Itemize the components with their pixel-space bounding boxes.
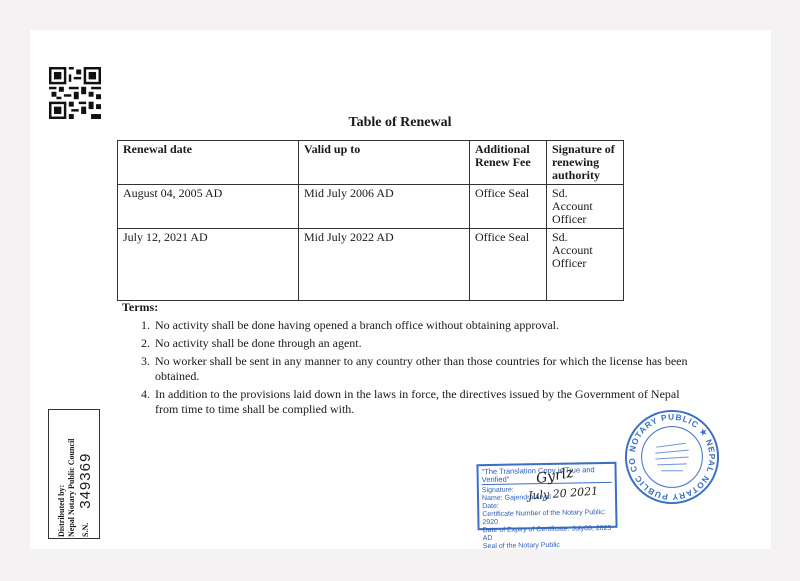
- sig-line-1: Sd.: [552, 230, 568, 244]
- table-row: August 04, 2005 AD Mid July 2006 AD Offi…: [118, 185, 624, 229]
- table-row: July 12, 2021 AD Mid July 2022 AD Office…: [118, 229, 624, 301]
- qr-code-icon: [49, 67, 101, 119]
- header-valid-up-to: Valid up to: [299, 141, 470, 185]
- cell-signature: Sd.Account Officer: [547, 185, 624, 229]
- renewal-table: Renewal date Valid up to Additional Rene…: [117, 140, 624, 301]
- cell-fee: Office Seal: [470, 229, 547, 301]
- cell-renewal-date: August 04, 2005 AD: [118, 185, 299, 229]
- terms-list: No activity shall be done having opened …: [135, 315, 698, 417]
- term-item: No activity shall be done having opened …: [153, 318, 698, 333]
- stamp-seal-label: Seal of the Notary Public: [483, 541, 613, 551]
- terms-heading: Terms:: [122, 300, 158, 315]
- sig-line-2: Account Officer: [552, 199, 593, 226]
- distributed-by-label: Distributed by:: [57, 411, 67, 537]
- term-item: No activity shall be done through an age…: [153, 336, 698, 351]
- header-signature: Signature of renewing authority: [547, 141, 624, 185]
- header-renewal-date: Renewal date: [118, 141, 299, 185]
- distribution-box: Distributed by: Nepal Notary Public Coun…: [48, 409, 100, 539]
- sig-line-2: Account Officer: [552, 243, 593, 270]
- notary-seal-icon: NOTARY PUBLIC ★ NEPAL NOTARY PUBLIC COUN…: [623, 408, 721, 506]
- council-name: Nepal Notary Public Council: [67, 411, 77, 537]
- sn-value: 349369: [81, 453, 91, 509]
- document-title: Table of Renewal: [0, 115, 800, 131]
- cell-fee: Office Seal: [470, 185, 547, 229]
- cell-signature: Sd.Account Officer: [547, 229, 624, 301]
- header-additional-fee: Additional Renew Fee: [470, 141, 547, 185]
- term-item: In addition to the provisions laid down …: [153, 387, 698, 417]
- cell-valid-up-to: Mid July 2022 AD: [299, 229, 470, 301]
- cell-renewal-date: July 12, 2021 AD: [118, 229, 299, 301]
- table-header-row: Renewal date Valid up to Additional Rene…: [118, 141, 624, 185]
- sn-label: S.N.: [81, 523, 91, 537]
- sig-line-1: Sd.: [552, 186, 568, 200]
- cell-valid-up-to: Mid July 2006 AD: [299, 185, 470, 229]
- term-item: No worker shall be sent in any manner to…: [153, 354, 698, 384]
